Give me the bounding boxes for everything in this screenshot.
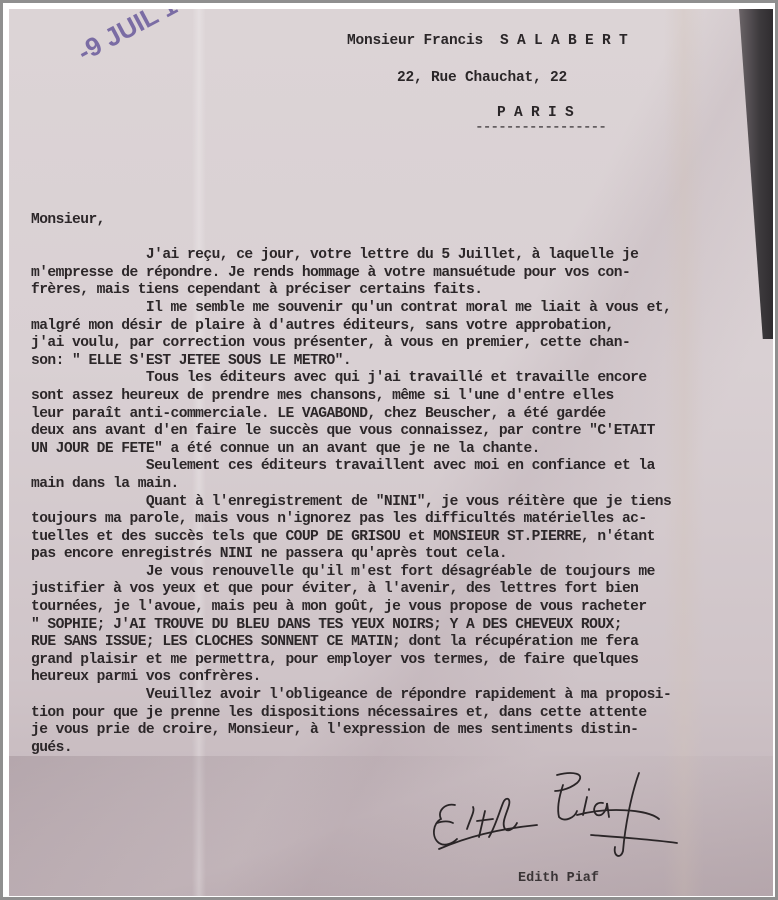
body-line: gués. — [31, 740, 771, 758]
body-line: J'ai reçu, ce jour, votre lettre du 5 Ju… — [31, 247, 771, 265]
body-line: RUE SANS ISSUE; LES CLOCHES SONNENT CE M… — [31, 634, 771, 652]
body-line: tournées, je l'avoue, mais peu à mon goû… — [31, 599, 771, 617]
body-line: tuelles et des succès tels que COUP DE G… — [31, 529, 771, 547]
address-underline: ----------------- — [475, 120, 606, 136]
body-line: j'ai voulu, par correction vous présente… — [31, 335, 771, 353]
body-line: sont assez heureux de prendre mes chanso… — [31, 388, 771, 406]
body-line: frères, mais tiens cependant à préciser … — [31, 282, 771, 300]
body-line: " SOPHIE; J'AI TROUVE DU BLEU DANS TES Y… — [31, 617, 771, 635]
body-line: pas encore enregistrés NINI ne passera q… — [31, 546, 771, 564]
body-line: Veuillez avoir l'obligeance de répondre … — [31, 687, 771, 705]
body-line: malgré mon désir de plaire à d'autres éd… — [31, 318, 771, 336]
body-line: heureux parmi vos confrères. — [31, 669, 771, 687]
photo-frame: -9 JUIL 1943 Monsieur Francis S A L A B … — [0, 0, 778, 900]
body-line: tion pour que je prenne les dispositions… — [31, 705, 771, 723]
body-line: Quant à l'enregistrement de "NINI", je v… — [31, 494, 771, 512]
body-line: son: " ELLE S'EST JETEE SOUS LE METRO". — [31, 353, 771, 371]
body-line: leur paraît anti-commerciale. LE VAGABON… — [31, 406, 771, 424]
recipient-name: Monsieur Francis S A L A B E R T — [347, 33, 628, 49]
body-line: justifier à vos yeux et que pour éviter,… — [31, 581, 771, 599]
body-line: je vous prie de croire, Monsieur, à l'ex… — [31, 722, 771, 740]
body-line: m'empresse de répondre. Je rends hommage… — [31, 265, 771, 283]
recipient-street: 22, Rue Chauchat, 22 — [397, 70, 567, 86]
body-line: toujours ma parole, mais vous n'ignorez … — [31, 511, 771, 529]
body-line: Tous les éditeurs avec qui j'ai travaill… — [31, 370, 771, 388]
body-line: Il me semble me souvenir qu'un contrat m… — [31, 300, 771, 318]
body-line: main dans la main. — [31, 476, 771, 494]
body-line: grand plaisir et me permettra, pour empl… — [31, 652, 771, 670]
letter-photo: -9 JUIL 1943 Monsieur Francis S A L A B … — [9, 9, 773, 896]
recipient-city: P A R I S — [497, 105, 574, 121]
body-line: UN JOUR DE FETE" a été connue un an avan… — [31, 441, 771, 459]
typed-signature: Edith Piaf — [518, 871, 599, 886]
letter-body: Monsieur, J'ai reçu, ce jour, votre lett… — [31, 212, 771, 757]
body-line: deux ans avant d'en faire le succès que … — [31, 423, 771, 441]
salutation: Monsieur, — [31, 212, 771, 230]
body-line: Seulement ces éditeurs travaillent avec … — [31, 458, 771, 476]
handwritten-signature-icon — [427, 767, 687, 862]
body-line: Je vous renouvelle qu'il m'est fort désa… — [31, 564, 771, 582]
blank-line — [31, 230, 771, 248]
